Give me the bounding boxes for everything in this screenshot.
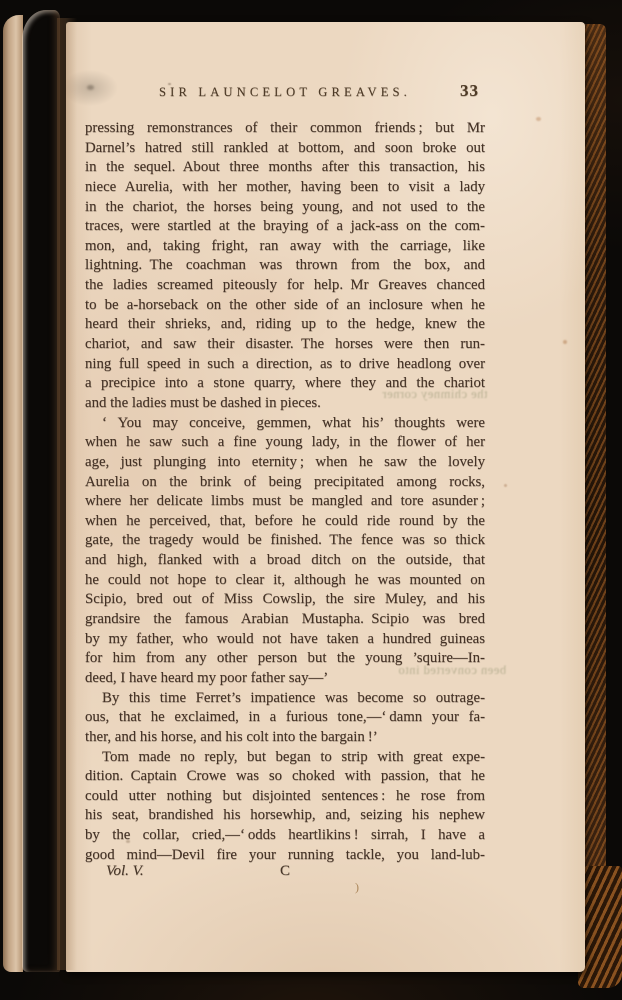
body-line: his seat, brandished his horsewhip, and,…: [85, 806, 485, 826]
body-line: niece Aurelia, with her mother, having b…: [85, 178, 485, 198]
running-header: SIR LAUNCELOT GREAVES.: [85, 85, 485, 100]
foxing-speck: [536, 117, 541, 121]
body-line: to be a-horseback on the other side of a…: [85, 296, 485, 316]
foxing-speck: [504, 484, 507, 487]
footer-row: Vol. V. C: [85, 863, 485, 883]
body-line: by my father, who would not have taken a…: [85, 630, 485, 650]
body-line: he could not hope to clear it, although …: [85, 571, 485, 591]
body-line: lightning. The coachman was thrown from …: [85, 256, 485, 276]
body-text: pressing remonstrances of their common f…: [85, 119, 485, 865]
body-line: in the sequel. About three months after …: [85, 158, 485, 178]
body-line: ous, that he exclaimed, in a furious ton…: [85, 708, 485, 728]
show-through-text: the chimney corner: [382, 387, 487, 402]
body-line: age, just plunging into eternity ; when …: [85, 453, 485, 473]
body-line: pressing remonstrances of their common f…: [85, 119, 485, 139]
body-line: heard their shrieks, and, riding up to t…: [85, 315, 485, 335]
page-stack-edge: [3, 15, 23, 972]
text-column: SIR LAUNCELOT GREAVES. 33 pressing remon…: [85, 22, 485, 972]
signature-mark: C: [85, 863, 485, 880]
body-line: could utter nothing but disjointed sente…: [85, 787, 485, 807]
body-line: Tom made no reply, but began to strip wi…: [85, 748, 485, 768]
curled-page-edge: [22, 10, 60, 972]
body-line: ther, and his horse, and his colt into t…: [85, 728, 485, 748]
body-line: gate, the tragedy would be finished. The…: [85, 531, 485, 551]
body-line: dition. Captain Crowe was so choked with…: [85, 767, 485, 787]
cover-edge: [582, 24, 606, 972]
photo-background: { "page": { "header": { "title": "SIR LA…: [0, 0, 622, 1000]
body-line: Darnel’s hatred still rankled at bottom,…: [85, 139, 485, 159]
body-line: when he perceived, that, before he could…: [85, 512, 485, 532]
header-row: SIR LAUNCELOT GREAVES. 33: [85, 85, 485, 105]
show-through-text: been converted into: [398, 663, 506, 678]
body-line: Aurelia on the brink of being precipitat…: [85, 473, 485, 493]
foxing-speck: [563, 340, 567, 344]
body-line: traces, were startled at the braying of …: [85, 217, 485, 237]
body-line: in the chariot, the horses being young, …: [85, 198, 485, 218]
body-line: ning full speed in such a direction, as …: [85, 355, 485, 375]
body-line: By this time Ferret’s impatience was bec…: [85, 689, 485, 709]
body-line: by the collar, cried,—‘ odds heartlikins…: [85, 826, 485, 846]
body-line: ‘ You may conceive, gemmen, what his’ th…: [85, 414, 485, 434]
stray-mark: ): [355, 880, 359, 895]
body-line: chariot, and saw their disaster. The hor…: [85, 335, 485, 355]
body-line: Scipio, bred out of Miss Cowslip, the si…: [85, 590, 485, 610]
body-line: grandsire the famous Arabian Mustapha. S…: [85, 610, 485, 630]
body-line: and high, flanked with a broad ditch on …: [85, 551, 485, 571]
book-page: SIR LAUNCELOT GREAVES. 33 pressing remon…: [66, 22, 585, 972]
body-line: mon, and, taking fright, ran away with t…: [85, 237, 485, 257]
body-line: the ladies screamed piteously for help. …: [85, 276, 485, 296]
page-number: 33: [460, 81, 479, 101]
body-line: when he saw such a fine young lady, in t…: [85, 433, 485, 453]
body-line: where her delicate limbs must be mangled…: [85, 492, 485, 512]
